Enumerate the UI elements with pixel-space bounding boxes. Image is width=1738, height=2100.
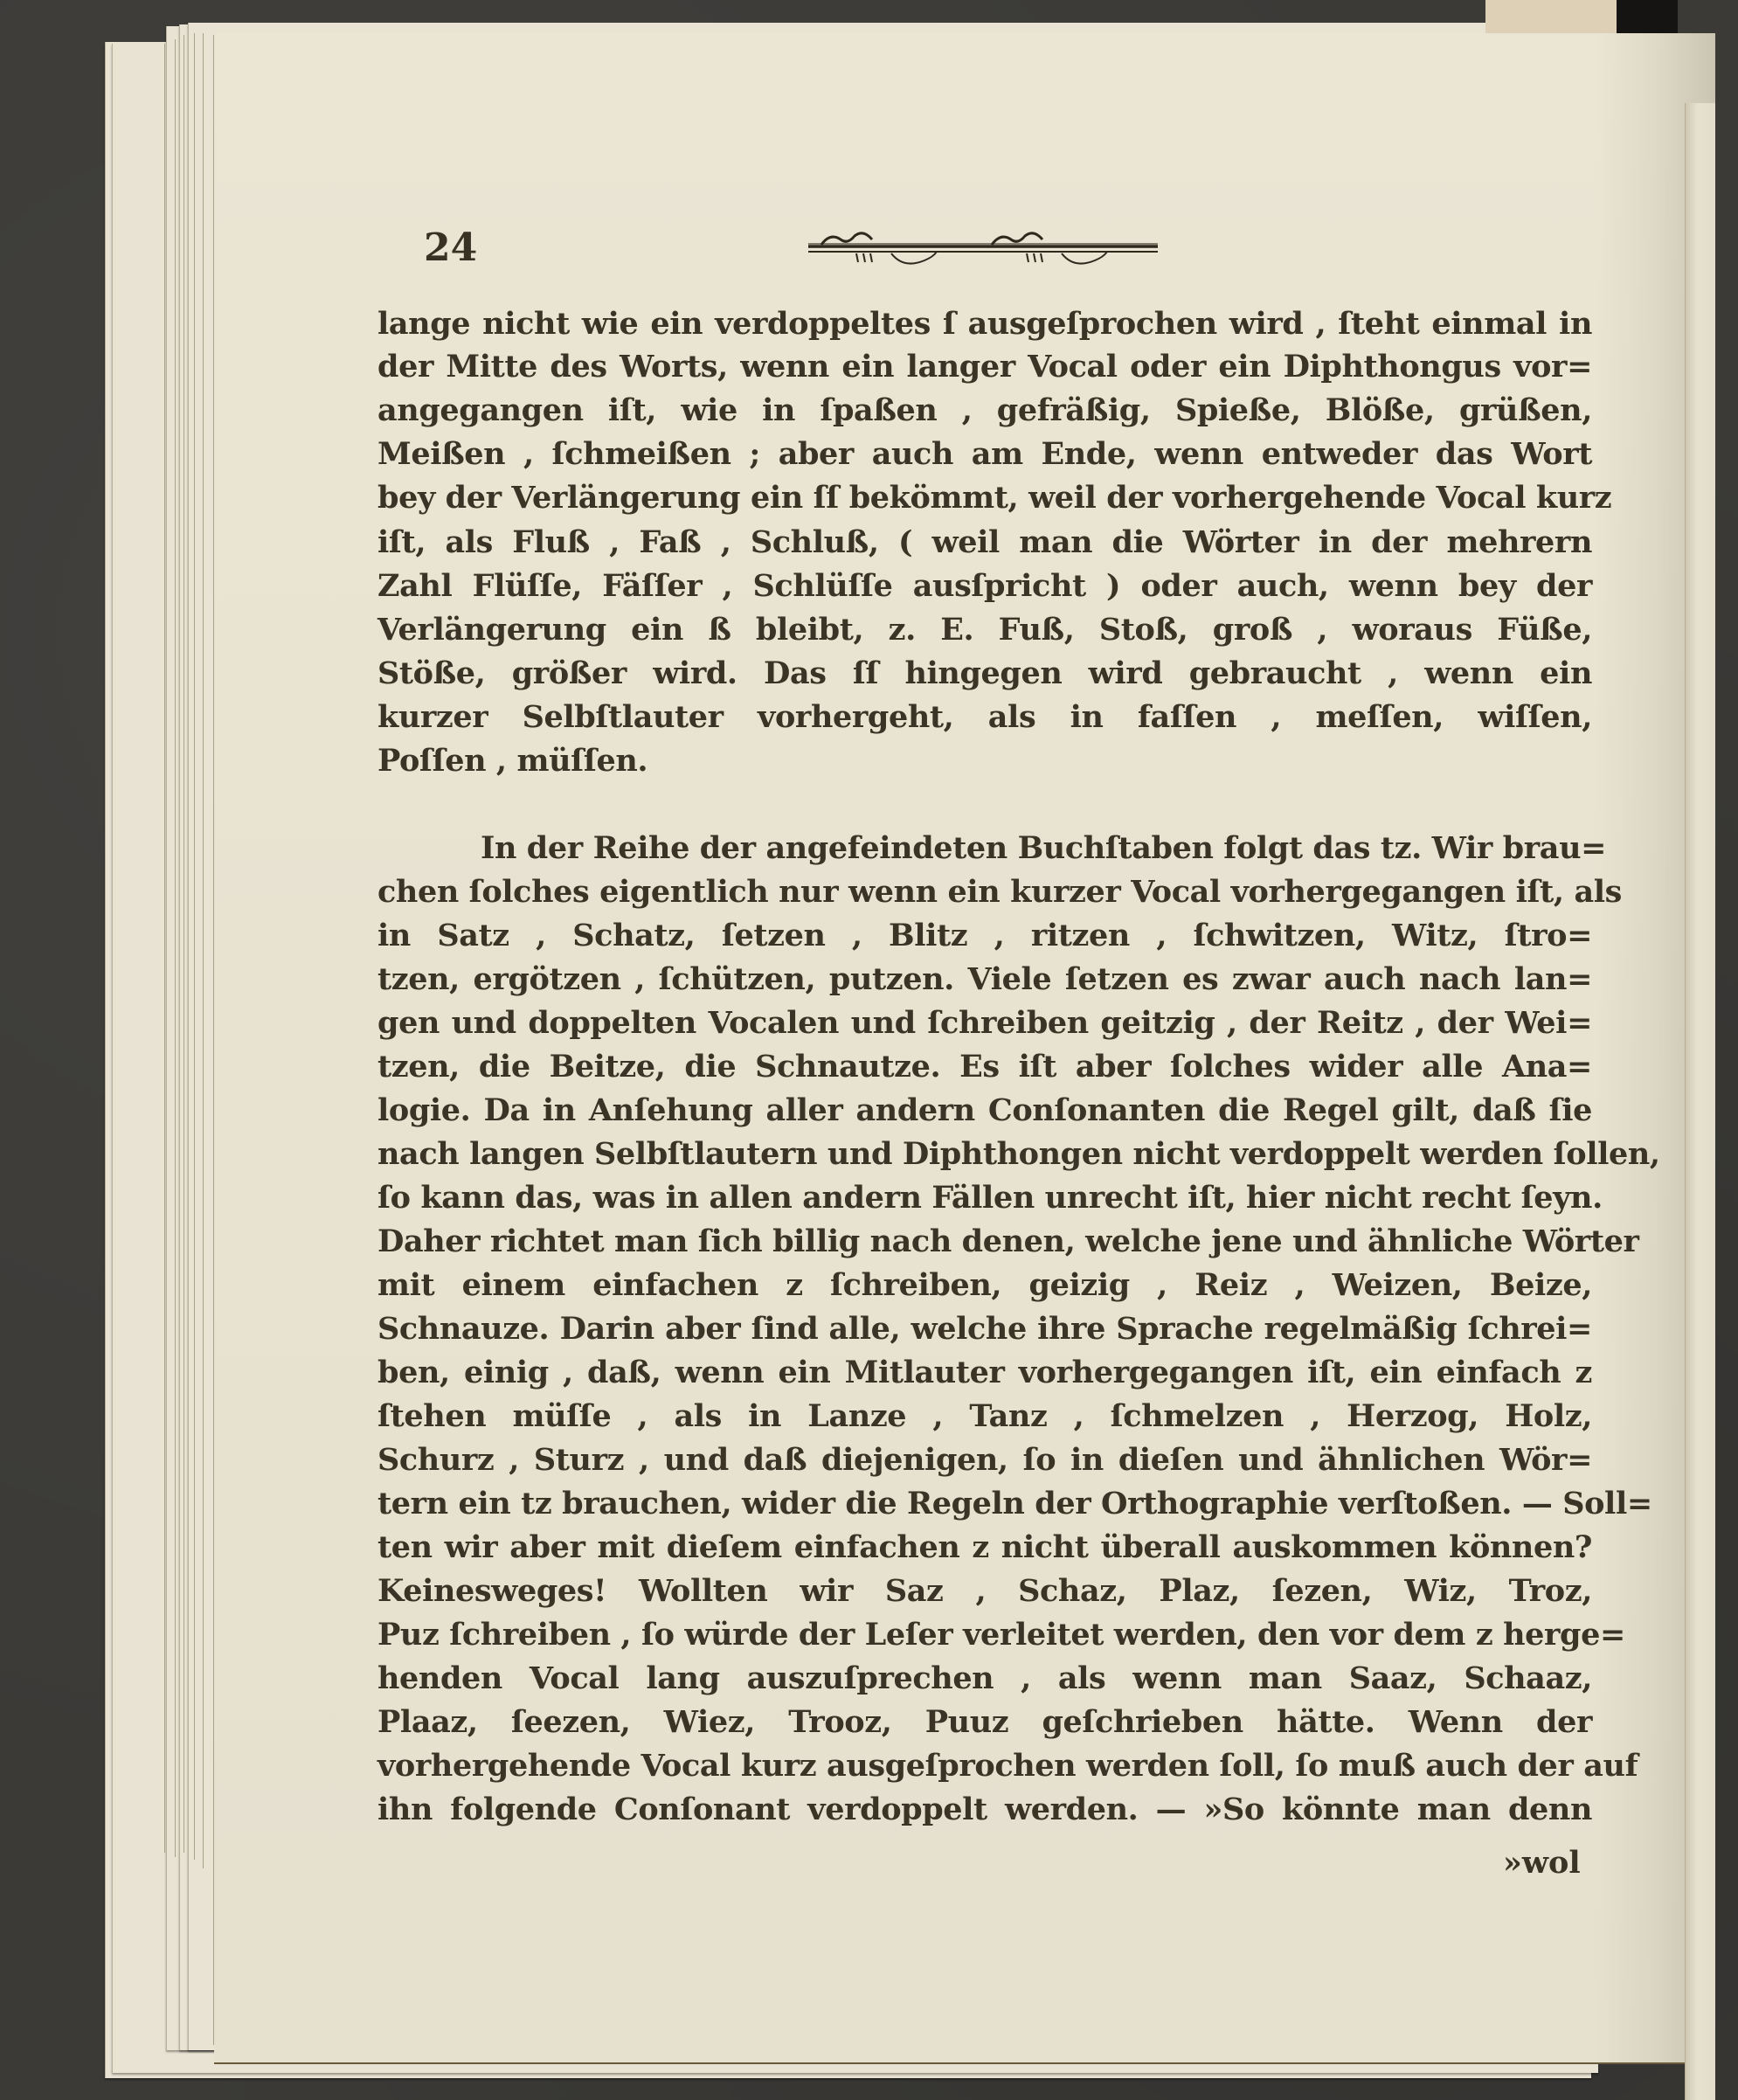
text-line: ten wir aber mit dieſem einfachen z nich… [377,1529,1592,1565]
text-line: Stöße, größer wird. Das ſſ hingegen wird… [377,655,1592,691]
leaf-edge [164,44,165,1853]
text-line: tzen, die Beitze, die Schnautze. Es iſt … [377,1049,1592,1085]
text-line: Schurz , Sturz , und daß diejenigen, ſo … [377,1442,1592,1478]
page-spine-fold [1685,103,1715,2100]
text-line: Schnauze. Darin aber ſind alle, welche i… [377,1311,1592,1347]
text-line: ſo kann das, was in allen andern Fällen … [377,1180,1592,1216]
text-line: tern ein tz brauchen, wider die Regeln d… [377,1486,1592,1521]
text-line: iſt, als Fluß , Faß , Schluß, ( weil man… [377,524,1592,560]
text-line: der Mitte des Worts, wenn ein langer Voc… [377,349,1592,385]
text-line: ſtehen müſſe , als in Lanze , Tanz , ſch… [377,1398,1592,1434]
text-line: logie. Da in Anſehung aller andern Conſo… [377,1092,1592,1128]
text-line: mit einem einfachen z ſchreiben, geizig … [377,1267,1592,1303]
text-line: In der Reihe der angefeindeten Buchſtabe… [481,830,1592,866]
leaf-edge [183,35,184,1853]
text-line: in Satz , Schatz, ſetzen , Blitz , ritze… [377,918,1592,953]
text-line: vorhergehende Vocal kurz ausgeſprochen w… [377,1748,1592,1784]
text-line: angegangen iſt, wie in ſpaßen , gefräßig… [377,392,1592,428]
text-line: Daher richtet man ſich billig nach denen… [377,1223,1592,1259]
header-ornament-icon [804,229,1162,271]
text-line: lange nicht wie ein verdoppeltes ſ ausge… [377,306,1592,342]
text-line: Poſſen , müſſen. [377,743,1592,779]
catchword: »wol [1503,1845,1581,1881]
page-number: 24 [424,225,477,270]
text-line: Meißen , ſchmeißen ; aber auch am Ende, … [377,436,1592,472]
text-line: ihn folgende Conſonant verdoppelt werden… [377,1792,1592,1827]
text-line: Puz ſchreiben , ſo würde der Leſer verle… [377,1617,1592,1653]
text-line: tzen, ergötzen , ſchützen, putzen. Viele… [377,961,1592,997]
text-line: Keinesweges! Wollten wir Saz , Schaz, Pl… [377,1573,1592,1609]
text-line: kurzer Selbſtlauter vorhergeht, als in f… [377,699,1592,735]
text-line: gen und doppelten Vocalen und ſchreiben … [377,1005,1592,1041]
text-line: chen ſolches eigentlich nur wenn ein kur… [377,874,1592,910]
text-line: Zahl Flüſſe, Fäſſer , Schlüſſe ausſprich… [377,568,1592,604]
leaf-edge [194,33,195,1860]
text-line: Verlängerung ein ß bleibt, z. E. Fuß, St… [377,612,1592,648]
text-line: bey der Verlängerung ein ſſ bekömmt, wei… [377,480,1592,516]
text-line: henden Vocal lang auszuſprechen , als we… [377,1660,1592,1696]
leaf-edge [203,33,204,1868]
text-line: Plaaz, ſeezen, Wiez, Trooz, Puuz geſchri… [377,1704,1592,1740]
leaf-edge [213,35,214,2045]
text-line: ben, einig , daß, wenn ein Mitlauter vor… [377,1355,1592,1390]
text-line: nach langen Selbſtlautern und Diphthonge… [377,1136,1592,1172]
leaf-edge [175,39,176,1857]
